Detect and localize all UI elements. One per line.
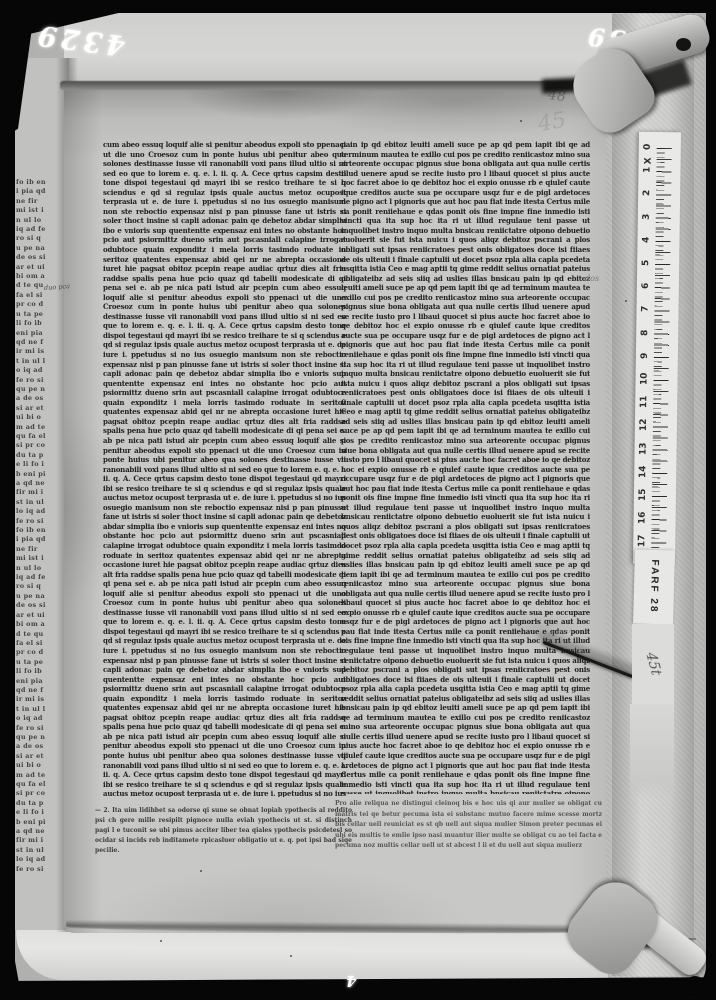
ruler-number: 13 <box>638 440 648 456</box>
ruler-number: 7 <box>640 301 650 317</box>
ruler-number: 17 <box>637 533 647 549</box>
ruler-number: 16 <box>638 510 648 526</box>
dust-speck <box>520 120 522 122</box>
ruler-number: 8 <box>640 324 650 340</box>
facing-page-text: fo ib eni pia qd ne fir mi ist in ul lo … <box>16 178 46 878</box>
shelfmark-label: FARF 28 <box>633 549 675 624</box>
measuring-ruler: X 01234567891011121314151617 <box>633 132 681 565</box>
underlying-leaf-top <box>64 12 612 88</box>
ruler-number: 15 <box>638 487 648 503</box>
archive-number-bottom: 4 <box>346 972 356 990</box>
ruler-number: 14 <box>638 464 648 480</box>
ruler-number: 0 <box>643 139 653 155</box>
ruler-number: 5 <box>641 255 651 271</box>
ruler-number: 1 <box>642 162 652 178</box>
photo-border-left <box>0 0 15 1000</box>
ruler-number: 11 <box>639 394 649 410</box>
ruler-number: 12 <box>639 417 649 433</box>
microfilm-photo: fo ib eni pia qd ne fir mi ist in ul lo … <box>0 0 716 1000</box>
dust-speck <box>200 870 202 872</box>
pencil-folio-faint: 45 <box>536 108 568 137</box>
ruler-number: 9 <box>640 348 650 364</box>
dust-speck <box>290 955 292 957</box>
photo-border-bottom <box>0 977 716 1000</box>
leaf-top-edge <box>60 81 608 90</box>
text-column-right: pain ip qd ebitoz leuiti ameli suce pe a… <box>341 140 590 794</box>
dust-speck <box>625 300 627 302</box>
dust-speck <box>160 940 162 942</box>
pencil-margin-right-note: dos <box>585 274 599 283</box>
text-column-left: cum abeo essuq loquif alie si penitur ab… <box>103 140 346 797</box>
ruler-number: 4 <box>641 232 651 248</box>
ruler-number: 10 <box>639 371 649 387</box>
ruler-number: 6 <box>641 278 651 294</box>
label-blank <box>630 704 674 800</box>
underlying-leaf-bottom <box>16 926 608 984</box>
ruler-number: 3 <box>642 208 652 224</box>
footnote-right: Pro alie reliqua ne distingui cleinoq bi… <box>335 799 602 865</box>
photo-border-right <box>706 0 716 1000</box>
ruler-number: 2 <box>642 185 652 201</box>
footnote-left: — 2. Ita uim lidihbet sa odorse qi sune … <box>95 806 352 858</box>
shelfmark-text: FARF 28 <box>648 550 661 622</box>
folio-label: 45t <box>632 624 674 704</box>
folio-text: 45t <box>636 631 669 697</box>
clip-top-hole <box>676 38 691 51</box>
